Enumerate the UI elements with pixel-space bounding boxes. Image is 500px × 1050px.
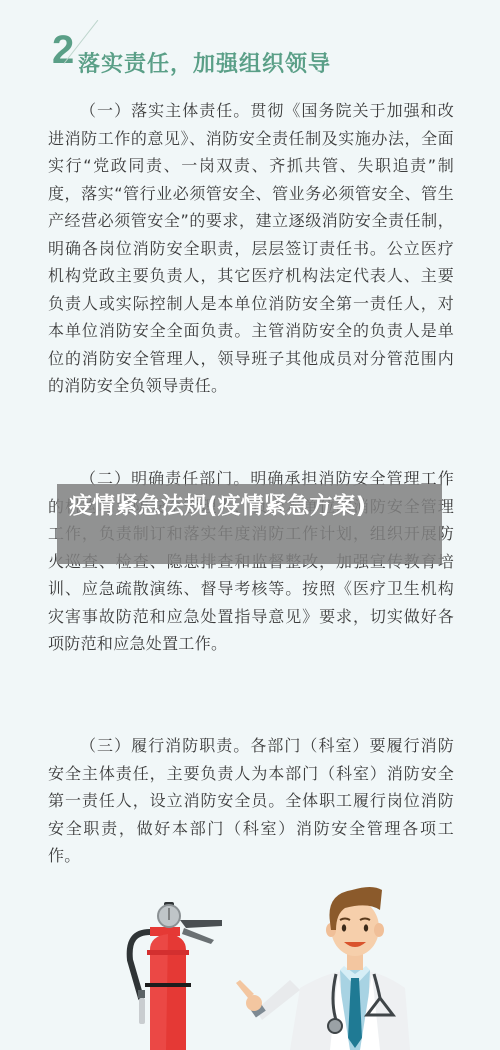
paragraph-main-responsibility: （一）落实主体责任。贯彻《国务院关于加强和改进消防工作的意见》、消防安全责任制及… bbox=[48, 97, 454, 400]
fire-extinguisher-icon bbox=[130, 902, 222, 1050]
section-title: 落实责任，加强组织领导 bbox=[78, 50, 331, 80]
illustration bbox=[0, 870, 500, 1050]
doctor-icon bbox=[236, 887, 410, 1050]
article-title-overlay: 疫情紧急法规(疫情紧急方案) bbox=[57, 484, 442, 564]
section-number: 2 bbox=[52, 30, 74, 70]
article-title: 疫情紧急法规(疫情紧急方案) bbox=[69, 490, 430, 522]
paragraph-fire-duties: （三）履行消防职责。各部门（科室）要履行消防安全主体责任，主要负责人为本部门（科… bbox=[48, 732, 454, 870]
section-header: 2 落实责任，加强组织领导 bbox=[52, 30, 452, 80]
